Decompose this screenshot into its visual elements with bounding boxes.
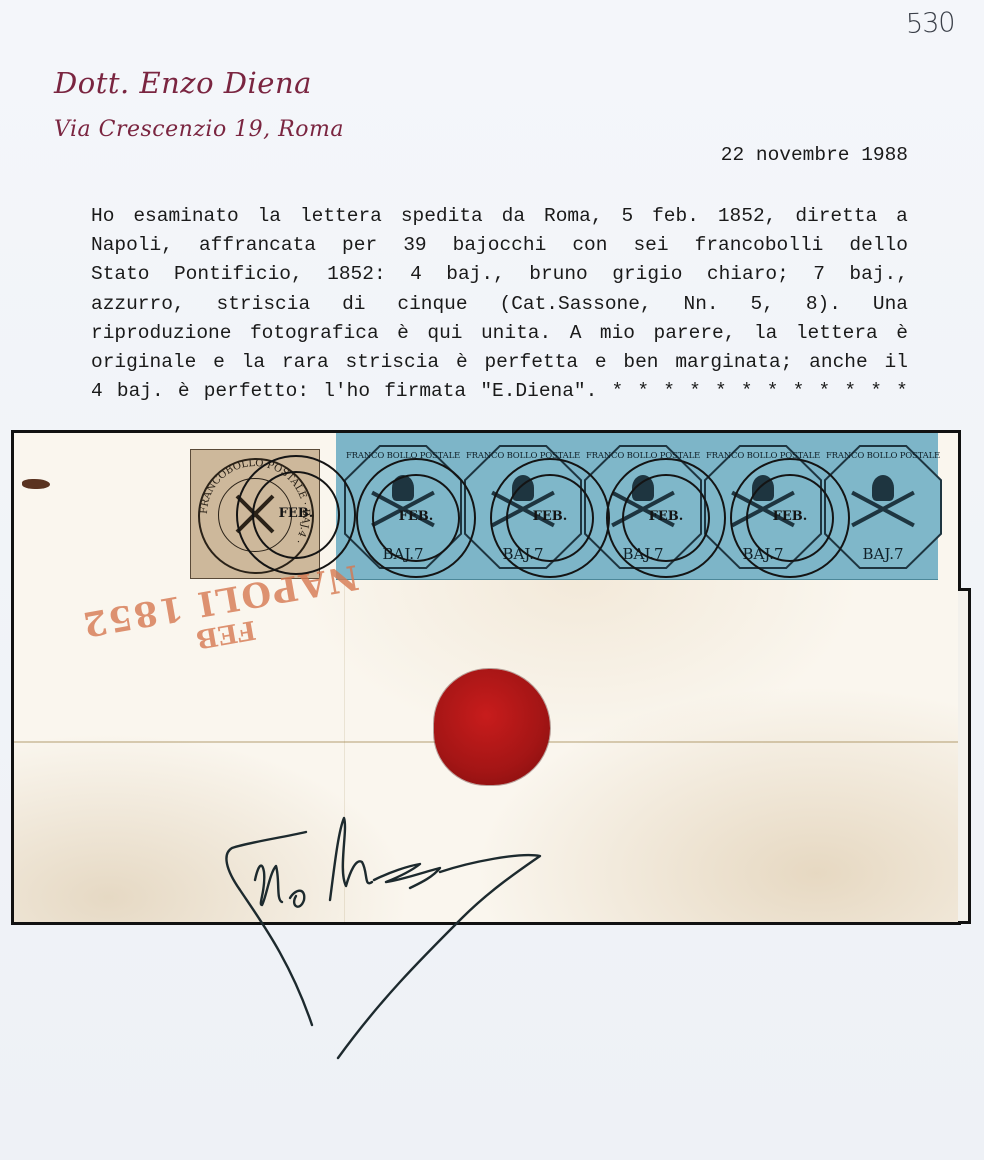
letterhead-address: Via Crescenzio 19, Roma [54,117,344,142]
stain [22,479,50,489]
body-line: Napoli,affrancataper39bajocchiconseifran… [91,231,908,260]
stamp-7-baj: FRANCO BOLLO POSTALEBAJ.7 [464,445,582,569]
fold-line-vertical [344,583,345,922]
stamp-7-baj: FRANCO BOLLO POSTALEBAJ.7 [584,445,702,569]
body-line: originaleelararastrisciaèperfettaebenmar… [91,348,908,377]
certificate-sheet: 530 Dott. Enzo Diena Via Crescenzio 19, … [0,0,984,1160]
stamp-7-baj: FRANCO BOLLO POSTALEBAJ.7 [704,445,822,569]
body-line: 4baj.èperfetto:l'hofirmata"E.Diena".****… [91,377,908,406]
svg-text:FRANCOBOLLO POSTALE · BAJ.4 ·: FRANCOBOLLO POSTALE · BAJ.4 · [199,458,311,545]
stamp-7-baj: FRANCO BOLLO POSTALEBAJ.7 [824,445,942,569]
reference-number: 530 [905,7,955,40]
certificate-body: HoesaminatolaletteraspeditadaRoma,5feb.1… [91,202,908,406]
stamp-7-baj: FRANCO BOLLO POSTALEBAJ.7 [344,445,462,569]
body-line: riproduzionefotograficaèquiunita.Amiopar… [91,319,908,348]
certificate-date: 22 novembre 1988 [721,144,908,166]
stamp-strip-7-baj: FRANCO BOLLO POSTALEBAJ.7FRANCO BOLLO PO… [336,433,938,580]
letterhead-name: Dott. Enzo Diena [54,66,312,100]
body-line: azzurro,strisciadicinque(Cat.Sassone,Nn.… [91,290,908,319]
wax-seal [434,669,550,785]
body-line: StatoPontificio,1852:4baj.,brunogrigioch… [91,260,908,289]
stamp-4-baj: FRANCOBOLLO POSTALE · BAJ.4 · [190,449,320,579]
body-line: HoesaminatolaletteraspeditadaRoma,5feb.1… [91,202,908,231]
stamp-inscription: FRANCOBOLLO POSTALE · BAJ.4 · [191,450,319,578]
cover-photograph: FRANCOBOLLO POSTALE · BAJ.4 · FRANCO BOL… [11,430,961,925]
cover-flap-edge [958,588,971,924]
